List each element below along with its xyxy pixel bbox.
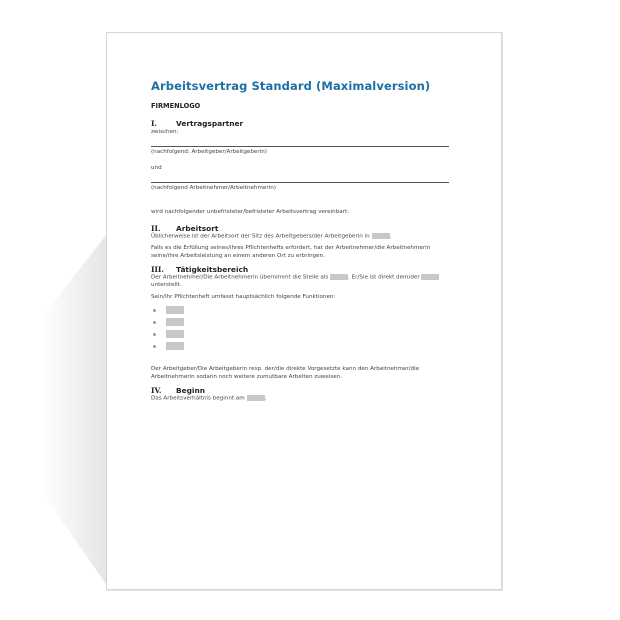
beginn-paragraph: Das Arbeitsverhältnis beginnt am . [151,395,456,403]
placeholder-field-function[interactable] [166,318,184,326]
employee-signature-line [151,182,449,183]
company-logo-placeholder: FIRMENLOGO [151,103,456,110]
text: . [390,234,392,240]
function-list-item [151,316,456,328]
text: unterstellt. [151,282,182,288]
employer-signature-line [151,146,449,147]
taetigkeit-paragraph: Der Arbeitnehmer/Die Arbeitnehmerin über… [151,274,456,289]
page-shadow [40,230,110,590]
section-title: Arbeitsort [176,225,218,232]
text: . [265,396,267,402]
document-page: Arbeitsvertrag Standard (Maximalversion)… [106,32,502,590]
bullet-icon [153,345,156,348]
function-list-item [151,340,456,352]
arbeitsort-paragraph-2: Falls es die Erfüllung seines/ihres Pfli… [151,245,456,260]
und-text: und [151,165,456,172]
text: Das Arbeitsverhältnis beginnt am [151,396,247,402]
text: . Er/Sie ist direkt dem/der [348,275,421,281]
section-number: III. [151,266,176,273]
placeholder-field-function[interactable] [166,330,184,338]
section-title: Vertragspartner [176,120,243,127]
section-heading-1: I. Vertragspartner [151,120,456,127]
arbeitsort-paragraph: Üblicherweise ist der Arbeitsort der Sit… [151,233,456,241]
section-title: Beginn [176,387,205,394]
section-heading-2: II. Arbeitsort [151,225,456,232]
document-content: Arbeitsvertrag Standard (Maximalversion)… [151,79,456,403]
function-list-item [151,304,456,316]
section-number: I. [151,120,176,127]
section-title: Tätigkeitsbereich [176,266,248,273]
placeholder-field-location[interactable] [372,233,390,239]
section-number: IV. [151,387,176,394]
zusatzarbeiten-paragraph: Der Arbeitgeber/Die Arbeitgeberin resp. … [151,366,456,381]
bullet-icon [153,333,156,336]
bullet-icon [153,309,156,312]
function-list-item [151,328,456,340]
document-title: Arbeitsvertrag Standard (Maximalversion) [151,79,456,93]
section-number: II. [151,225,176,232]
placeholder-field-start-date[interactable] [247,395,265,401]
bullet-icon [153,321,156,324]
zwischen-text: zwischen: [151,129,456,136]
placeholder-field-function[interactable] [166,342,184,350]
section-heading-3: III. Tätigkeitsbereich [151,266,456,273]
employer-note: (nachfolgend: Arbeitgeber/Arbeitgeberin) [151,149,456,156]
function-list [151,304,456,352]
pflichtenheft-text: Sein/Ihr Pflichtenheft umfasst hauptsäch… [151,294,456,301]
text: Der Arbeitnehmer/Die Arbeitnehmerin über… [151,275,330,281]
employee-note: (nachfolgend Arbeitnehmer/Arbeitnehmerin… [151,185,456,192]
placeholder-field-function[interactable] [166,306,184,314]
text: Üblicherweise ist der Arbeitsort der Sit… [151,234,372,240]
placeholder-field-supervisor[interactable] [421,274,439,280]
section-heading-4: IV. Beginn [151,387,456,394]
placeholder-field-position[interactable] [330,274,348,280]
agreement-text: wird nachfolgender unbefristeter/befrist… [151,209,456,216]
